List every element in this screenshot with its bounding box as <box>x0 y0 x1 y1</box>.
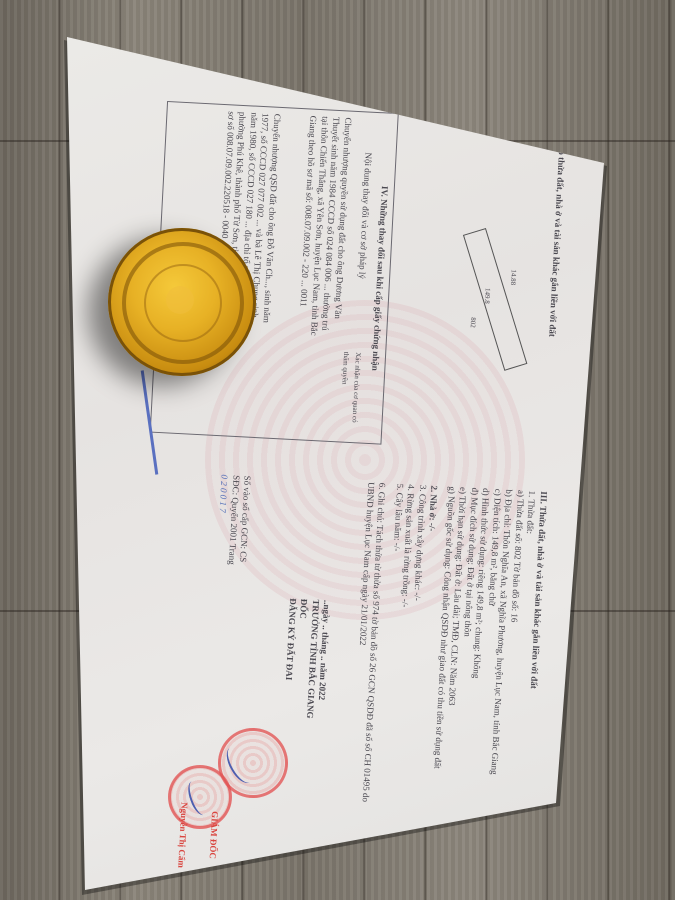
change-entry: Chuyển nhượng quyền sử dụng đất cho ông … <box>296 115 353 337</box>
plot-label: 802 <box>467 317 479 328</box>
stamp-title: GIÁM ĐỐC <box>208 811 220 859</box>
col-content-header: Nội dung thay đổi và cơ sở pháp lý <box>356 152 374 279</box>
gold-jar-lid <box>108 228 256 376</box>
section-ii-iv: II. Sơ đồ thửa đất, nhà ở và tài sản khá… <box>400 114 569 451</box>
plot-label: 14.88 <box>507 269 519 285</box>
plot-label: 149.8 <box>481 288 493 304</box>
stamp-name: Nguyễn Thị Cẩm <box>176 802 189 868</box>
plot-diagram: 14.88 149.8 802 <box>400 114 557 451</box>
col-confirm-header: Xác nhận của cơ quan có thẩm quyền <box>336 351 363 432</box>
